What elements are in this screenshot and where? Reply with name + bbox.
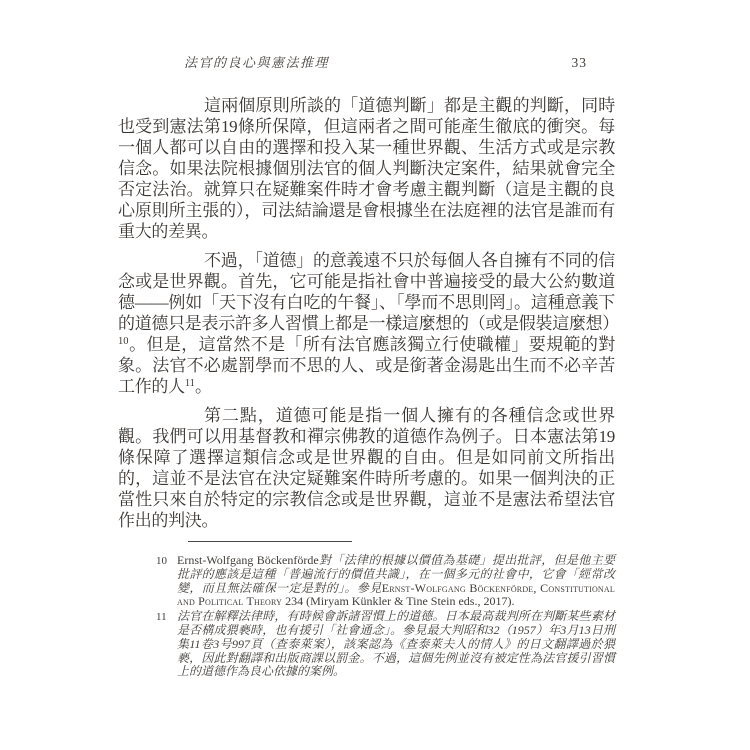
paragraph-1: 這兩個原則所談的「道德判斷」都是主觀的判斷，同時也受到憲法第19條所保障，但這兩… xyxy=(118,95,615,242)
footnote-11-number: 11 xyxy=(156,610,177,625)
footnote-10-citation-rest: 234 (Miryam Künkler & Tine Stein eds., 2… xyxy=(282,594,514,608)
paragraph-1-text: 這兩個原則所談的「道德判斷」都是主觀的判斷，同時也受到憲法第19條所保障，但這兩… xyxy=(118,96,615,241)
page-content: 法官的良心與憲法推理 33 這兩個原則所談的「道德判斷」都是主觀的判斷，同時也受… xyxy=(118,52,615,680)
page-number: 33 xyxy=(572,55,588,71)
footnote-section: 10 Ernst-Wolfgang Böckenförde對「法律的根據以價值為… xyxy=(118,541,615,679)
footnote-10-number: 10 xyxy=(156,554,177,569)
paragraph-2: 不過，「道德」的意義遠不只於每個人各自擁有不同的信念或是世界觀。首先，它可能是指… xyxy=(118,250,615,397)
footnote-11-text: 法官在解釋法律時，有時候會訴諸習慣上的道德。日本最高裁判所在判斷某些素材是否構成… xyxy=(177,610,615,679)
footnote-11: 11 法官在解釋法律時，有時候會訴諸習慣上的道德。日本最高裁判所在判斷某些素材是… xyxy=(118,610,615,679)
footnote-10-text: Ernst-Wolfgang Böckenförde對「法律的根據以價值為基礎」… xyxy=(177,554,615,609)
paragraph-2-text-post: 。 xyxy=(195,377,212,396)
footnote-ref-11: 11 xyxy=(185,378,195,389)
footnote-10-author: Ernst-Wolfgang Böckenförde xyxy=(177,553,319,567)
body-text: 這兩個原則所談的「道德判斷」都是主觀的判斷，同時也受到憲法第19條所保障，但這兩… xyxy=(118,95,615,531)
book-page: 法官的良心與憲法推理 33 這兩個原則所談的「道德判斷」都是主觀的判斷，同時也受… xyxy=(0,0,750,750)
paragraph-2-text-pre: 不過，「道德」的意義遠不只於每個人各自擁有不同的信念或是世界觀。首先，它可能是指… xyxy=(118,251,619,333)
running-header-title: 法官的良心與憲法推理 xyxy=(184,52,329,71)
footnote-separator xyxy=(188,541,352,542)
paragraph-3: 第二點，道德可能是指一個人擁有的各種信念或世界觀。我們可以用基督教和禪宗佛教的道… xyxy=(118,405,615,531)
paragraph-3-text: 第二點，道德可能是指一個人擁有的各種信念或世界觀。我們可以用基督教和禪宗佛教的道… xyxy=(118,406,615,530)
footnote-11-chinese: 法官在解釋法律時，有時候會訴諸習慣上的道德。日本最高裁判所在判斷某些素材是否構成… xyxy=(177,609,615,678)
footnote-ref-10: 10 xyxy=(118,336,129,347)
footnote-10: 10 Ernst-Wolfgang Böckenförde對「法律的根據以價值為… xyxy=(118,554,615,609)
running-header: 法官的良心與憲法推理 33 xyxy=(118,52,615,71)
